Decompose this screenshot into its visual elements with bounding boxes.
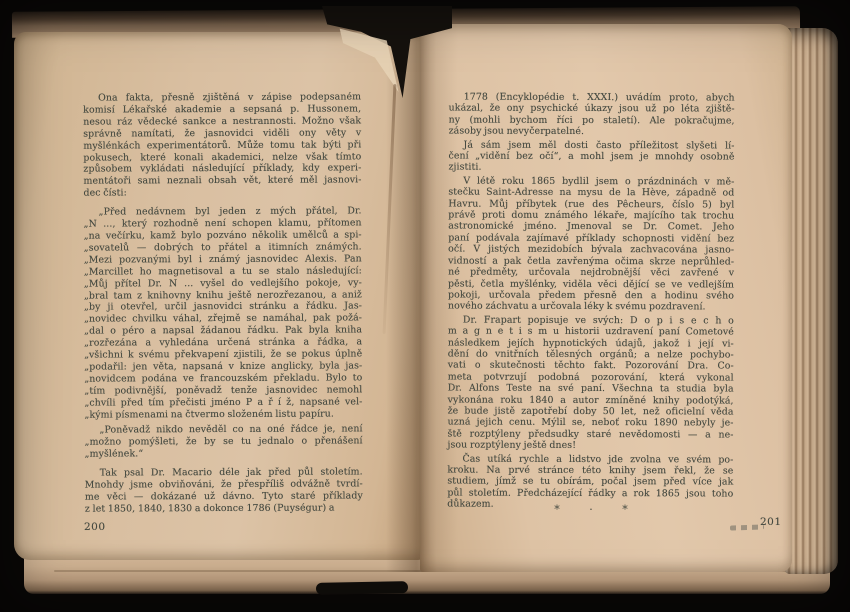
text-line: „sovatelů — dobrých to přátel a itimních… [84,241,362,254]
text-line: vykonána roku 1840 a autor zmíněné knihy… [448,394,734,406]
text-line: Ona fakta, přesně zjištěná v zápise pode… [83,91,361,104]
text-line: „myšlének.“ [85,448,363,461]
section-break-ornament: * · * [448,503,734,516]
text-line: Dr. Alfons Teste na své paní. Všechna ta… [448,383,734,395]
text-line: očí. V jistých mezidobích bývala zachvac… [448,244,734,256]
text-line: vati o skutečnosti těchto fakt. Pozorová… [448,360,734,372]
text-line: mentátoři sami neznali obsah vět, které … [83,175,361,188]
text-line: „tím podivnější, poněvadž tenže jasnovid… [84,384,362,397]
paragraph: „Před nedávnem byl jeden z mých přátel, … [84,206,363,422]
text-line: „Mezi pozvanými byl i známý jasnovidec A… [84,253,362,266]
text-line: „chvíli před tím přečisti jméno P a ř í … [84,396,362,409]
paragraph: „Poněvadž nikdo nevěděl co na oné řádce … [85,424,363,461]
text-line: „Marcillet ho magnetisoval a tu se stalo… [84,265,362,278]
text-line: né předměty, určovala nejdrobnější věci … [448,267,734,279]
text-line: me věci — dokázané už dávno. Tyto staré … [85,490,363,503]
text-line: následkem jejích hypnotických údajů, jak… [448,337,734,349]
text-line: zjistiti. [448,162,734,174]
left-page-text: Ona fakta, přesně zjištěná v zápise pode… [83,91,363,515]
text-line: pěsti, četla myšlénky, viděla věci dějíc… [448,278,734,290]
text-line: „novidcem podána ve francouzském překlad… [84,372,362,385]
text-line: „na večírku, kamž bylo pozváno několik u… [84,229,362,242]
text-line: studiem, jímž se tu obírám, počal jsem p… [447,476,733,488]
text-line: „podařil: jen věta, napsaná v knize angl… [84,360,362,373]
dark-smudge [316,581,408,595]
text-line: m a g n e t i s m u historii uzdravení p… [448,326,734,338]
paragraph: Tak psal Dr. Macario déle jak před půl s… [85,467,363,516]
text-line: z let 1850, 1840, 1830 a dokonce 1786 (P… [85,502,363,515]
text-line: „kými písmenami na čtvermo složeném list… [84,408,362,421]
text-line: Čas utíká rychle a lidstvo jde zvolna ve… [447,453,733,465]
text-line: správně namítati, že jasnovidci viděli o… [83,127,361,140]
page-number-left: 200 [84,521,106,533]
text-line: myšlénkách experimentátorů. Může tomu ta… [83,139,361,152]
text-line: astronomické jméno. Jmenoval se Dr. Come… [448,221,734,233]
paragraph: Já sám jsem měl dosti často příležitost … [448,139,734,174]
text-line: dec čísti: [83,187,361,200]
text-line: čení „vidění bez očí“, a mohl jsem je mn… [448,151,734,163]
paragraph: Dr. Frapart popisuje ve svých: D o p i s… [447,314,733,452]
text-line: zásoby jsou nevyčerpatelné. [449,126,735,138]
right-page-text: 1778 (Encyklopédie t. XXXI.) uvádím prot… [447,92,734,512]
book-fore-edge-pages [784,28,838,574]
text-line: ukázal, že ony psychické úkazy jsou už p… [449,103,735,115]
paragraph: 1778 (Encyklopédie t. XXXI.) uvádím prot… [449,92,735,139]
text-line: komisí Lékařské akademie a sepsaná p. Hu… [83,103,361,116]
text-line: stečku Saint-Adresse na mysu de la Hève,… [448,187,734,199]
text-line: jsou rozptýleny ještě dnes! [447,440,733,452]
text-line: uzná jejich cenu. Mýlil se, neboť roku 1… [448,417,734,429]
text-line: nesou ráz vědecké sankce a nestrannosti.… [83,115,361,128]
book-photo: Ona fakta, přesně zjištěná v zápise pode… [0,0,850,612]
page-number-right: 201 [760,516,782,528]
text-line: nového záchvatu a určovala léky k svému … [448,301,734,313]
paragraph: V létě roku 1865 bydlil jsem o prázdniná… [448,175,734,313]
paragraph: Ona fakta, přesně zjištěná v zápise pode… [83,91,361,199]
text-line: „Můj přítel Dr. N ... vyšel do vedlejšíh… [84,277,362,290]
text-line: „možno pomýšleti, že by se tu jednalo o … [85,436,363,449]
